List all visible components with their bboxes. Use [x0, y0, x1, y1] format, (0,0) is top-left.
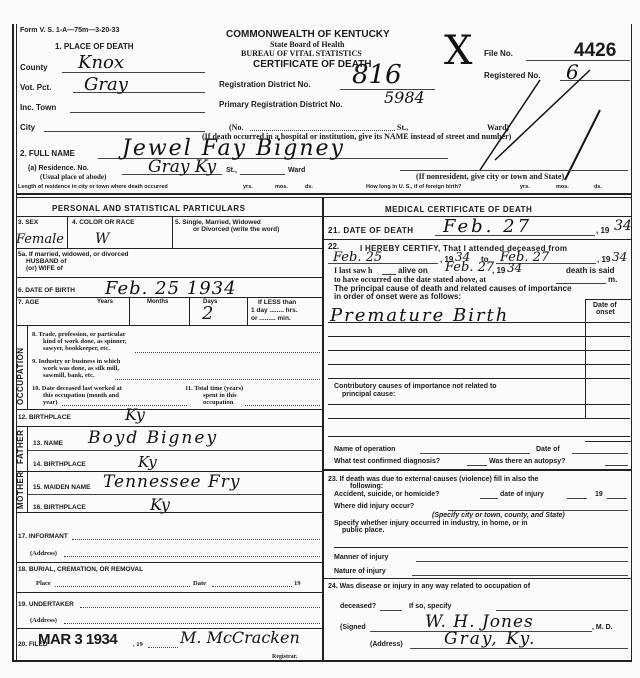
undertaker-label: 19. UNDERTAKER [18, 601, 74, 608]
residence-sublabel: (Usual place of abode) [40, 173, 106, 181]
burial-date-dots [212, 586, 292, 587]
months-label: Months [147, 299, 168, 305]
last-saw-label: I last saw h [334, 266, 372, 275]
totaltime-label-1: 11. Total time (years) [185, 385, 243, 392]
center-divider [322, 197, 324, 660]
mother-maiden-label: 15. MAIDEN NAME [33, 484, 90, 491]
operation-bottom [324, 469, 631, 471]
occupation-answer-line [380, 610, 402, 611]
dob-row-bottom [16, 297, 322, 298]
last-saw-19: , 19 [492, 266, 505, 275]
foreign-mos: mos. [556, 184, 569, 190]
undertaker-dots [80, 607, 320, 608]
form-number: Form V. S. 1-A—75m—3-20-33 [20, 27, 119, 34]
street-no-dots [250, 130, 395, 131]
signed-label: (Signed [340, 624, 366, 631]
sex-row-bottom [16, 248, 322, 249]
filed-dots [148, 647, 178, 648]
length-ds: ds. [305, 184, 313, 190]
onset-column-divider [585, 299, 586, 419]
age-div-1 [129, 297, 130, 325]
county-label: County [20, 63, 48, 72]
nonresident-line [400, 170, 628, 171]
foreign-yrs: yrs. [520, 184, 530, 190]
cause-line-1 [328, 322, 630, 323]
informant-address-label: (Address) [30, 550, 57, 557]
birthplace-bottom [16, 426, 322, 427]
years-label: Years [97, 299, 113, 305]
race-marital-divider [172, 216, 173, 248]
length-yrs: yrs. [243, 184, 253, 190]
age-label: 7. AGE [18, 299, 39, 306]
county-value: Knox [78, 52, 124, 73]
autopsy-line [605, 465, 628, 466]
informant-label: 17. INFORMANT [18, 533, 68, 540]
age-row-bottom [16, 325, 322, 326]
less-than-2: 1 day ........ hrs. [251, 307, 298, 314]
primary-registration-value: 5984 [384, 88, 425, 107]
father-name-line [28, 450, 322, 451]
residence-label: (a) Residence. No. [28, 165, 89, 172]
street-no-label: (No. [229, 123, 243, 132]
right-border [631, 24, 632, 660]
contributory-line-3 [328, 436, 630, 437]
father-name-value: Boyd Bigney [88, 428, 218, 448]
contributory-line-2 [328, 418, 630, 419]
foreign-birth-label: How long in U. S., if of foreign birth? [366, 184, 461, 190]
contributory-line-1 [328, 404, 630, 405]
burial-date-label: Date [193, 580, 206, 587]
sex-value: Female [16, 232, 64, 247]
foreign-ds: ds. [594, 184, 602, 190]
attended-to-year: 34 [612, 250, 627, 264]
mother-maiden-value: Tennessee Fry [103, 472, 241, 492]
parents-side-divider [27, 426, 28, 512]
filed-date-stamp: MAR 3 1934 [38, 631, 117, 648]
birthplace-label: 12. BIRTHPLACE [18, 414, 71, 421]
accident-label: Accident, suicide, or homicide? [334, 491, 439, 498]
residence-st-label: St., [226, 167, 237, 174]
specify-city-note: (Specify city or town, county, and State… [432, 512, 565, 519]
inc-town-line [70, 112, 205, 113]
accident-line [480, 498, 498, 499]
injury-date-line [567, 498, 587, 499]
burial-19: 19 [294, 580, 301, 587]
industry-label-2: work was done, as silk mill, [43, 365, 119, 372]
injury-date-label: date of injury [500, 491, 544, 498]
specify-where-line [334, 547, 628, 548]
bureau-name: BUREAU OF VITAL STATISTICS [241, 49, 362, 58]
race-label: 4. COLOR OR RACE [72, 219, 134, 226]
onset-column-top [585, 299, 631, 300]
last-saw-year: 34 [507, 261, 522, 275]
trade-label-2: kind of work done, as spinner, [43, 338, 126, 345]
registration-district-value: 816 [352, 60, 402, 90]
undertaker-address-label: (Address) [30, 617, 57, 624]
totaltime-dots [245, 405, 320, 406]
father-birthplace-label: 14. BIRTHPLACE [33, 461, 86, 468]
specify-where-1: Specify whether injury occurred in indus… [334, 520, 528, 527]
vot-pct-label: Vot. Pct. [20, 83, 51, 92]
cause-line-5 [328, 378, 630, 379]
inc-town-label: Inc. Town [20, 103, 56, 112]
occupation-side-label: OCCUPATION [16, 335, 25, 405]
injury-year-line [607, 498, 627, 499]
marital-label-1: 5. Single, Married, Widowed [175, 219, 261, 226]
physician-address-label: (Address) [370, 641, 403, 648]
registration-district-label: Registration District No. [219, 80, 311, 89]
onset-column-bottom [585, 441, 631, 442]
father-birthplace-value: Ky [138, 453, 157, 471]
contributory-text-2: principal cause: [342, 391, 395, 398]
race-value: W [95, 231, 109, 247]
sex-label: 3. SEX [18, 219, 38, 226]
length-mos: mos. [275, 184, 288, 190]
attended-from-line [328, 263, 438, 264]
occupation-question-1: 24. Was disease or injury in any way rel… [328, 583, 530, 590]
mother-maiden-line [28, 494, 322, 495]
sex-race-divider [67, 216, 68, 248]
external-text-1: 23. If death was due to external causes … [328, 476, 538, 483]
residence-ward-line [240, 174, 285, 175]
occupation-question-2: deceased? [340, 603, 376, 610]
form-bottom-left [12, 660, 322, 662]
informant-address-dots [64, 556, 320, 557]
place-of-death-heading: 1. PLACE OF DEATH [55, 42, 134, 51]
dod-bottom [324, 239, 631, 240]
totaltime-label-2: spent in this [203, 392, 237, 399]
left-border [12, 24, 14, 660]
death-said-label: death is said [566, 266, 614, 275]
operation-date-line [572, 453, 628, 454]
file-no-value: 4426 [574, 40, 616, 62]
test-label: What test confirmed diagnosis? [334, 458, 440, 465]
totaltime-label-3: occupation [203, 399, 233, 406]
dob-label: 6. DATE OF BIRTH [18, 287, 75, 294]
operation-date-label: Date of [536, 446, 560, 453]
where-label: Where did injury occur? [334, 503, 414, 510]
father-side-label: FATHER [16, 430, 25, 464]
trade-dots [135, 352, 320, 353]
state-title: COMMONWEALTH OF KENTUCKY [226, 29, 390, 40]
injury-19: 19 [595, 491, 603, 498]
mother-bottom [16, 512, 322, 513]
nature-label: Nature of injury [334, 568, 386, 575]
cause-line-2 [328, 336, 630, 337]
personal-title-line [16, 216, 322, 217]
less-than-1: If LESS than [258, 299, 296, 306]
lastwork-label-1: 10. Date deceased last worked at [32, 385, 122, 392]
full-name-label: 2. FULL NAME [20, 149, 75, 158]
burial-place-label: Place [36, 580, 51, 587]
medical-section-title: MEDICAL CERTIFICATE OF DEATH [385, 205, 532, 214]
spouse-label-1: 5a. If married, widowed, or divorced [18, 251, 129, 258]
street-label: St., [397, 123, 408, 132]
occurred-text: to have occurred on the date stated abov… [334, 275, 486, 284]
primary-registration-label: Primary Registration District No. [219, 100, 343, 109]
lastwork-label-2: this occupation (month and [43, 392, 119, 399]
test-line [467, 465, 487, 466]
principal-text-2: in order of onset were as follows: [334, 292, 461, 301]
mark-x: X [444, 28, 472, 74]
nonresident-note: (If nonresident, give city or town and S… [416, 172, 564, 181]
filed-19: , 19 [133, 641, 143, 648]
registrar-signature: M. McCracken [180, 628, 300, 647]
file-no-label: File No. [484, 49, 513, 58]
form-bottom-right [322, 660, 632, 662]
last-saw-date: Feb. 27 [445, 260, 494, 275]
alive-on-label: alive on [398, 266, 428, 275]
less-than-3: or ......... min. [251, 315, 291, 322]
if-so-line [496, 610, 628, 611]
burial-place-dots [55, 586, 190, 587]
days-value: 2 [202, 303, 213, 324]
industry-label-3: sawmill, bank, etc. [43, 372, 94, 379]
board-name: State Board of Health [270, 40, 344, 49]
spouse-label-3: (or) WIFE of [26, 265, 63, 272]
where-line [448, 510, 628, 511]
personal-section-title: PERSONAL AND STATISTICAL PARTICULARS [52, 204, 245, 213]
external-text-2: following: [350, 483, 383, 490]
dod-label: 21. DATE OF DEATH [328, 226, 414, 235]
onset-label-2: onset [596, 309, 615, 316]
onset-label-1: Date of [593, 302, 617, 309]
contributory-text-1: Contributory causes of importance not re… [334, 383, 497, 390]
trade-label-1: 8. Trade, profession, or particular [32, 331, 126, 338]
birthplace-value: Ky [125, 405, 145, 424]
length-residence-label: Length of residence in city or town wher… [18, 184, 168, 190]
occupation-side-divider [27, 325, 28, 409]
nature-bottom [324, 578, 631, 579]
residence-ward-label: Ward [288, 167, 305, 174]
attended-to-19: , 19 [597, 255, 610, 264]
age-div-3 [247, 297, 248, 325]
father-name-label: 13. NAME [33, 440, 63, 447]
cause-line-4 [328, 364, 630, 365]
age-div-2 [189, 297, 190, 325]
informant-bottom [16, 562, 322, 563]
manner-line [416, 561, 628, 562]
city-line [44, 131, 205, 132]
industry-dots [115, 379, 320, 380]
mother-birthplace-label: 16. BIRTHPLACE [33, 504, 86, 511]
dod-year: 34 [614, 218, 632, 234]
undertaker-address-dots [64, 623, 320, 624]
autopsy-label: Was there an autopsy? [489, 458, 565, 465]
lastwork-label-3: year) [43, 399, 57, 406]
operation-line [420, 453, 530, 454]
marital-label-2: or Divorced (write the word) [193, 226, 279, 233]
burial-bottom [16, 592, 322, 593]
trade-label-3: sawyer, bookkeeper, etc. [43, 345, 110, 352]
burial-label: 18. BURIAL, CREMATION, OR REMOVAL [18, 566, 143, 573]
dob-value: Feb. 25 1934 [105, 278, 237, 299]
dod-year-prefix: , 19 [596, 226, 609, 235]
occurred-m: m. [608, 275, 617, 284]
city-label: City [20, 123, 35, 132]
dod-value: Feb. 27 [443, 216, 532, 237]
mother-side-label: MOTHER [16, 473, 25, 509]
residence-value: Gray Ky [148, 157, 216, 177]
spouse-label-2: HUSBAND of [26, 258, 66, 265]
section-divider-top [16, 193, 631, 195]
operation-label: Name of operation [334, 446, 395, 453]
specify-where-2: public place. [342, 527, 384, 534]
vot-pct-value: Gray [84, 74, 128, 95]
ward-label: Ward) [487, 123, 509, 132]
industry-label-1: 9. Industry or business in which [32, 358, 120, 365]
nature-line [412, 575, 628, 576]
occupation-bottom [16, 409, 322, 410]
cause-line-3 [328, 350, 630, 351]
physician-address: Gray, Ky. [444, 629, 536, 649]
manner-label: Manner of injury [334, 554, 388, 561]
informant-dots [72, 539, 320, 540]
if-so-label: If so, specify [409, 603, 451, 610]
md-label: , M. D. [592, 624, 613, 631]
